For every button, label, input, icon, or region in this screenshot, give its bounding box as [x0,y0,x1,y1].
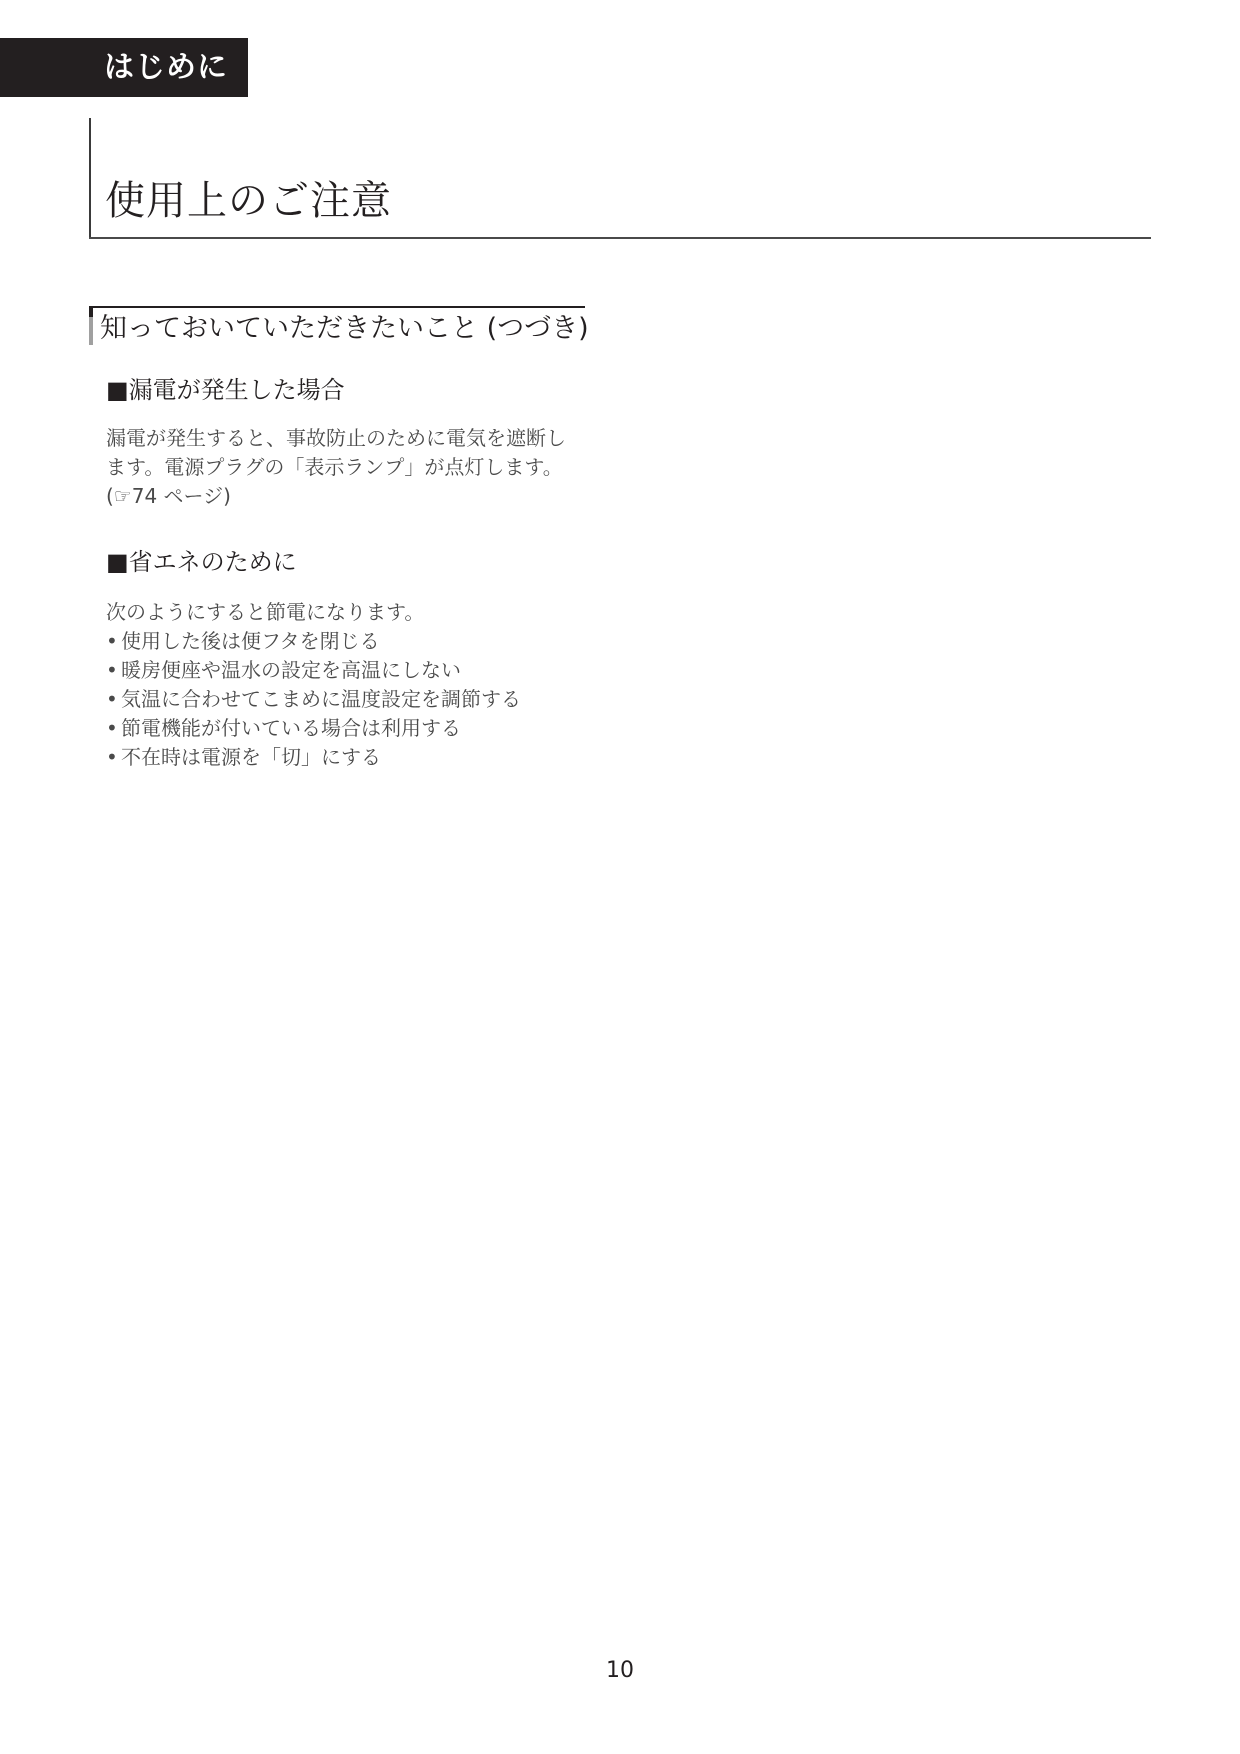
section-heading-leakage: ■漏電が発生した場合 [106,374,345,406]
bullet-icon: • [106,714,118,743]
bullet-icon: • [106,627,118,656]
page-number: 10 [0,1658,1240,1683]
subsection-title: 知っておいていただきたいこと (つづき) [100,311,589,347]
section-body-energy-saving: 次のようにすると節電になります。 •使用した後は便フタを閉じる •暖房便座や温水… [106,598,521,772]
section-intro: 次のようにすると節電になります。 [106,598,521,627]
subsection-marker-dark [89,306,93,317]
list-item: •暖房便座や温水の設定を高温にしない [106,656,521,685]
chapter-tab: はじめに [0,38,248,97]
chapter-tab-label: はじめに [104,50,228,85]
paragraph-line: 漏電が発生すると、事故防止のために電気を遮断し [106,424,566,453]
paragraph-line: ます。電源プラグの「表示ランプ」が点灯します。 [106,453,566,482]
subsection-top-rule [89,306,585,308]
section-paragraph-leakage: 漏電が発生すると、事故防止のために電気を遮断し ます。電源プラグの「表示ランプ」… [106,424,566,511]
list-item: •使用した後は便フタを閉じる [106,627,521,656]
title-vertical-rule [89,118,91,239]
list-item: •不在時は電源を「切」にする [106,743,521,772]
list-item: •節電機能が付いている場合は利用する [106,714,521,743]
list-item: •気温に合わせてこまめに温度設定を調節する [106,685,521,714]
title-horizontal-rule [89,237,1151,239]
bullet-icon: • [106,656,118,685]
energy-saving-list: •使用した後は便フタを閉じる •暖房便座や温水の設定を高温にしない •気温に合わ… [106,627,521,772]
bullet-icon: • [106,743,118,772]
section-heading-energy-saving: ■省エネのために [106,546,297,578]
page-title: 使用上のご注意 [105,176,392,226]
page-reference-link[interactable]: (☞74 ページ) [106,482,566,511]
bullet-icon: • [106,685,118,714]
subsection-marker-light [89,317,93,345]
